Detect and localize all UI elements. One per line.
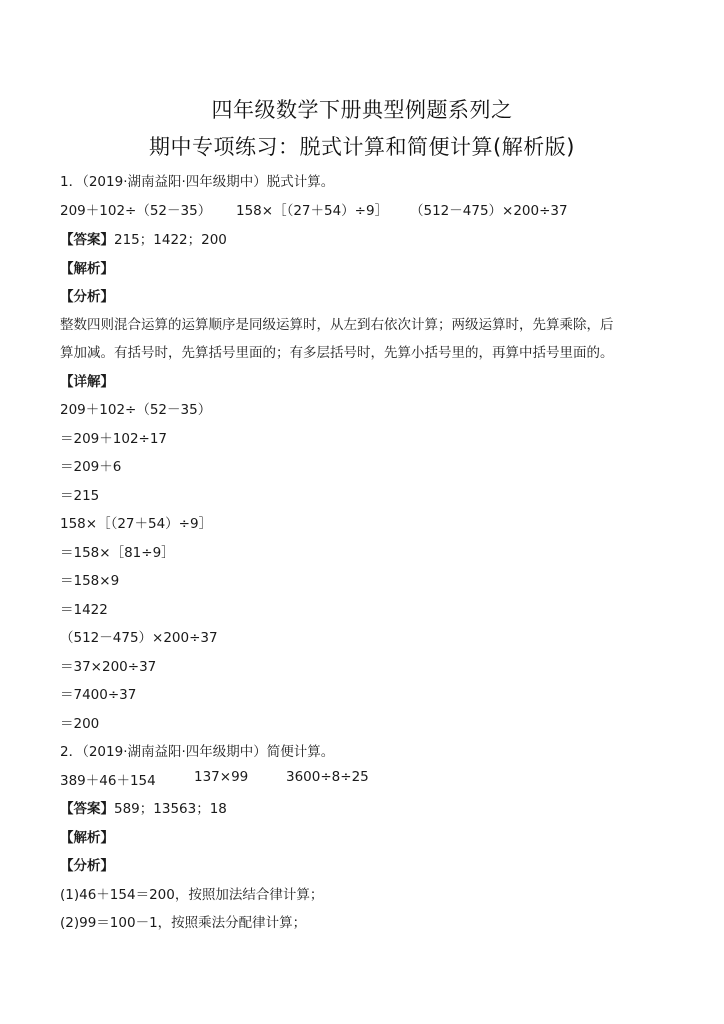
q1-analysis-line2: 算加减。有括号时，先算括号里面的；有多层括号时，先算小括号里的，再算中括号里面的… xyxy=(60,341,614,361)
q1-step: （512－475）×200÷37 xyxy=(60,626,218,646)
q1-heading: 1．（2019·湖南益阳·四年级期中）脱式计算。 xyxy=(60,170,334,190)
q2-fenxi-label: 【分析】 xyxy=(60,854,114,874)
q1-step: 209＋102÷（52－35） xyxy=(60,398,211,418)
q1-answer: 【答案】215；1422；200 xyxy=(60,228,227,248)
q1-step: ＝158×9 xyxy=(60,569,119,589)
q2-analysis-line: (1)46＋154＝200，按照加法结合律计算； xyxy=(60,883,323,903)
q2-expr-2: 137×99 xyxy=(194,769,248,785)
answer-value: 215；1422；200 xyxy=(114,232,227,248)
q1-fenxi-label: 【分析】 xyxy=(60,285,114,305)
q1-analysis-line1: 整数四则混合运算的运算顺序是同级运算时，从左到右依次计算；两级运算时，先算乘除，… xyxy=(60,313,614,333)
q2-expr-3: 3600÷8÷25 xyxy=(286,769,369,785)
answer-label: 【答案】 xyxy=(60,801,114,817)
q1-step: ＝200 xyxy=(60,712,99,732)
q1-xiangjie-label: 【详解】 xyxy=(60,370,114,390)
q1-step: ＝209＋102÷17 xyxy=(60,427,167,447)
q2-analysis-line: (2)99＝100－1，按照乘法分配律计算； xyxy=(60,911,306,931)
q1-step: ＝1422 xyxy=(60,598,108,618)
document-title-line2: 期中专项练习：脱式计算和简便计算(解析版) xyxy=(0,131,724,161)
q1-step: ＝215 xyxy=(60,484,99,504)
q1-step: ＝7400÷37 xyxy=(60,683,136,703)
q2-expr-1: 389＋46＋154 xyxy=(60,769,156,789)
answer-value: 589；13563；18 xyxy=(114,801,227,817)
answer-label: 【答案】 xyxy=(60,232,114,248)
q1-step: ＝209＋6 xyxy=(60,455,121,475)
document-title-line1: 四年级数学下册典型例题系列之 xyxy=(0,94,724,124)
q1-jiexi-label: 【解析】 xyxy=(60,257,114,277)
q1-expr-3: （512－475）×200÷37 xyxy=(410,199,568,219)
q1-step: ＝158×［81÷9］ xyxy=(60,541,175,561)
q2-answer: 【答案】589；13563；18 xyxy=(60,797,227,817)
q2-jiexi-label: 【解析】 xyxy=(60,826,114,846)
q1-expr-1: 209＋102÷（52－35） xyxy=(60,199,211,219)
q1-expr-2: 158×［（27＋54）÷9］ xyxy=(236,199,388,219)
q1-step: ＝37×200÷37 xyxy=(60,655,156,675)
q2-heading: 2．（2019·湖南益阳·四年级期中）简便计算。 xyxy=(60,740,334,760)
q1-step: 158×［（27＋54）÷9］ xyxy=(60,512,212,532)
